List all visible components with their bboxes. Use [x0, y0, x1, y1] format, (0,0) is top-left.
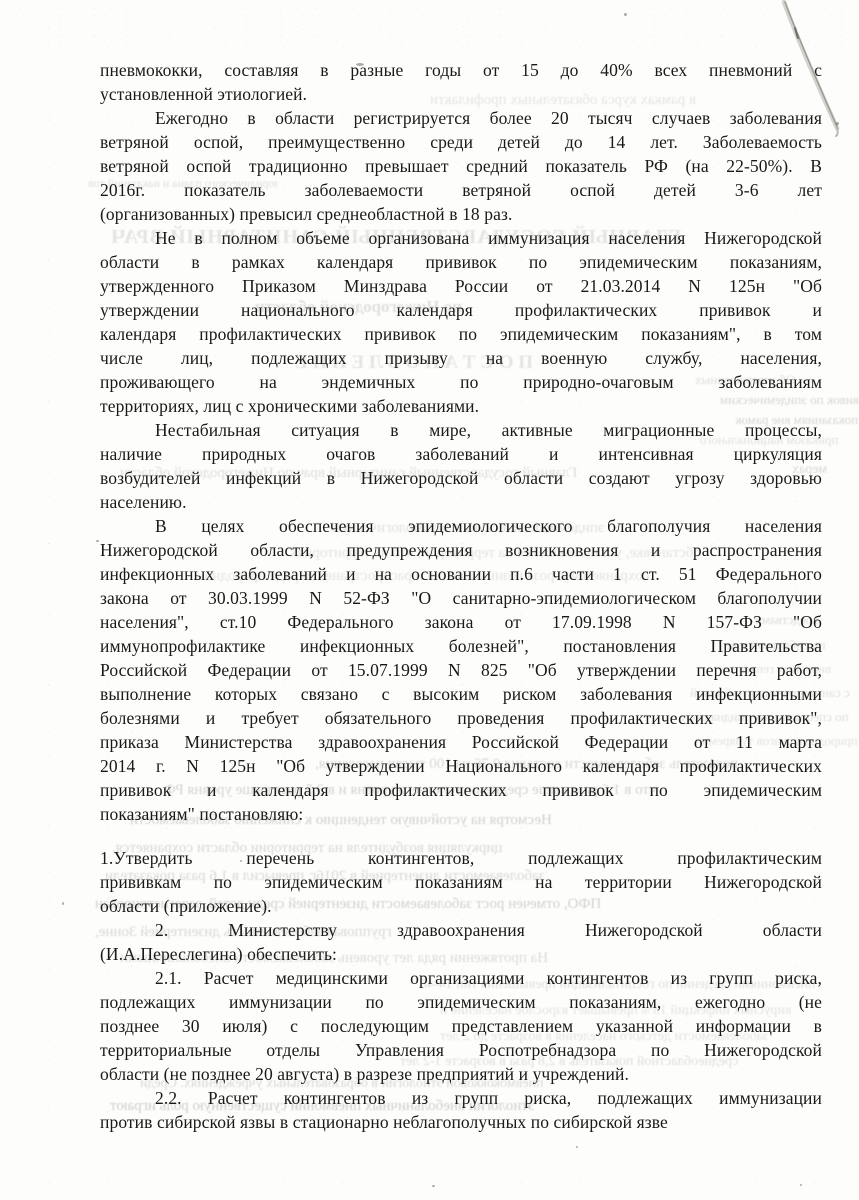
text-line: числе лиц, подлежащих призыву на военную…	[100, 346, 822, 370]
text-line: ветряной оспой традиционно превышает сре…	[100, 154, 822, 178]
text-line: возбудителей инфекций в Нижегородской об…	[100, 466, 822, 490]
text-line: наличие природных очагов заболеваний и и…	[100, 442, 822, 466]
text-line: 2. Министерству здравоохранения Нижегоро…	[100, 918, 822, 942]
text-line: утвержденного Приказом Минздрава России …	[100, 274, 822, 298]
text-line: области в рамках календаря прививок по э…	[100, 250, 822, 274]
text-line: области (приложение).	[100, 894, 822, 918]
document-text: пневмококки, составляя в разные годы от …	[100, 58, 822, 1134]
text-line: ветряной оспой, преимущественно среди де…	[100, 130, 822, 154]
text-line: В целях обеспечения эпидемиологического …	[100, 514, 822, 538]
text-line: Российской Федерации от 15.07.1999 N 825…	[100, 658, 822, 682]
text-line: утверждении национального календаря проф…	[100, 298, 822, 322]
scan-speck	[432, 1185, 435, 1187]
text-line: проживающего на эндемичных по природно-о…	[100, 370, 822, 394]
text-line: 2016г. показатель заболеваемости ветряно…	[100, 178, 822, 202]
text-line: (организованных) превысил среднеобластно…	[100, 202, 822, 226]
text-line: территориях, лиц с хроническими заболева…	[100, 394, 822, 418]
top-edge-noise	[0, 4, 859, 46]
text-line: 2.2. Расчет контингентов из групп риска,…	[100, 1086, 822, 1110]
scan-speck	[576, 1146, 578, 1148]
text-line: установленной этиологией.	[100, 82, 822, 106]
text-line: Не в полном объеме организована иммуниза…	[100, 226, 822, 250]
text-line: календаря профилактических прививок по э…	[100, 322, 822, 346]
text-line: закона от 30.03.1999 N 52-ФЗ "О санитарн…	[100, 586, 822, 610]
scan-speck	[836, 122, 839, 125]
text-line: показаниям" постановляю:	[100, 802, 822, 826]
text-line: Нижегородской области, предупреждения во…	[100, 538, 822, 562]
scan-page: в рамках курса обязательных профилактиюр…	[0, 0, 859, 1200]
text-line: против сибирской язвы в стационарно небл…	[100, 1110, 822, 1134]
text-line: Ежегодно в области регистрируется более …	[100, 106, 822, 130]
text-line: Нестабильная ситуация в мире, активные м…	[100, 418, 822, 442]
text-line: населения", ст.10 Федерального закона от…	[100, 610, 822, 634]
text-line: 1.Утвердить перечень контингентов, подле…	[100, 846, 822, 870]
text-line: 2014 г. N 125н "Об утверждении Националь…	[100, 754, 822, 778]
text-line: пневмококки, составляя в разные годы от …	[100, 58, 822, 82]
text-line: инфекционных заболеваний и на основании …	[100, 562, 822, 586]
text-line: иммунопрофилактике инфекционных болезней…	[100, 634, 822, 658]
scan-speck	[624, 13, 627, 16]
scan-speck	[62, 902, 64, 905]
scan-speck	[96, 540, 99, 542]
text-line: прививок и календаря профилактических пр…	[100, 778, 822, 802]
text-line: территориальные отделы Управления Роспот…	[100, 1038, 822, 1062]
scan-speck	[800, 1184, 802, 1186]
text-line: приказа Министерства здравоохранения Рос…	[100, 730, 822, 754]
text-line: (И.А.Переслегина) обеспечить:	[100, 942, 822, 966]
text-line: области (не позднее 20 августа) в разрез…	[100, 1062, 822, 1086]
text-line: 2.1. Расчет медицинскими организациями к…	[100, 966, 822, 990]
text-line: выполнение которых связано с высоким рис…	[100, 682, 822, 706]
text-line: населению.	[100, 490, 822, 514]
text-line: прививкам по эпидемическим показаниям на…	[100, 870, 822, 894]
text-line: болезнями и требует обязательного провед…	[100, 706, 822, 730]
text-line: подлежащих иммунизации по эпидемическим …	[100, 990, 822, 1014]
text-line: позднее 30 июля) с последующим представл…	[100, 1014, 822, 1038]
